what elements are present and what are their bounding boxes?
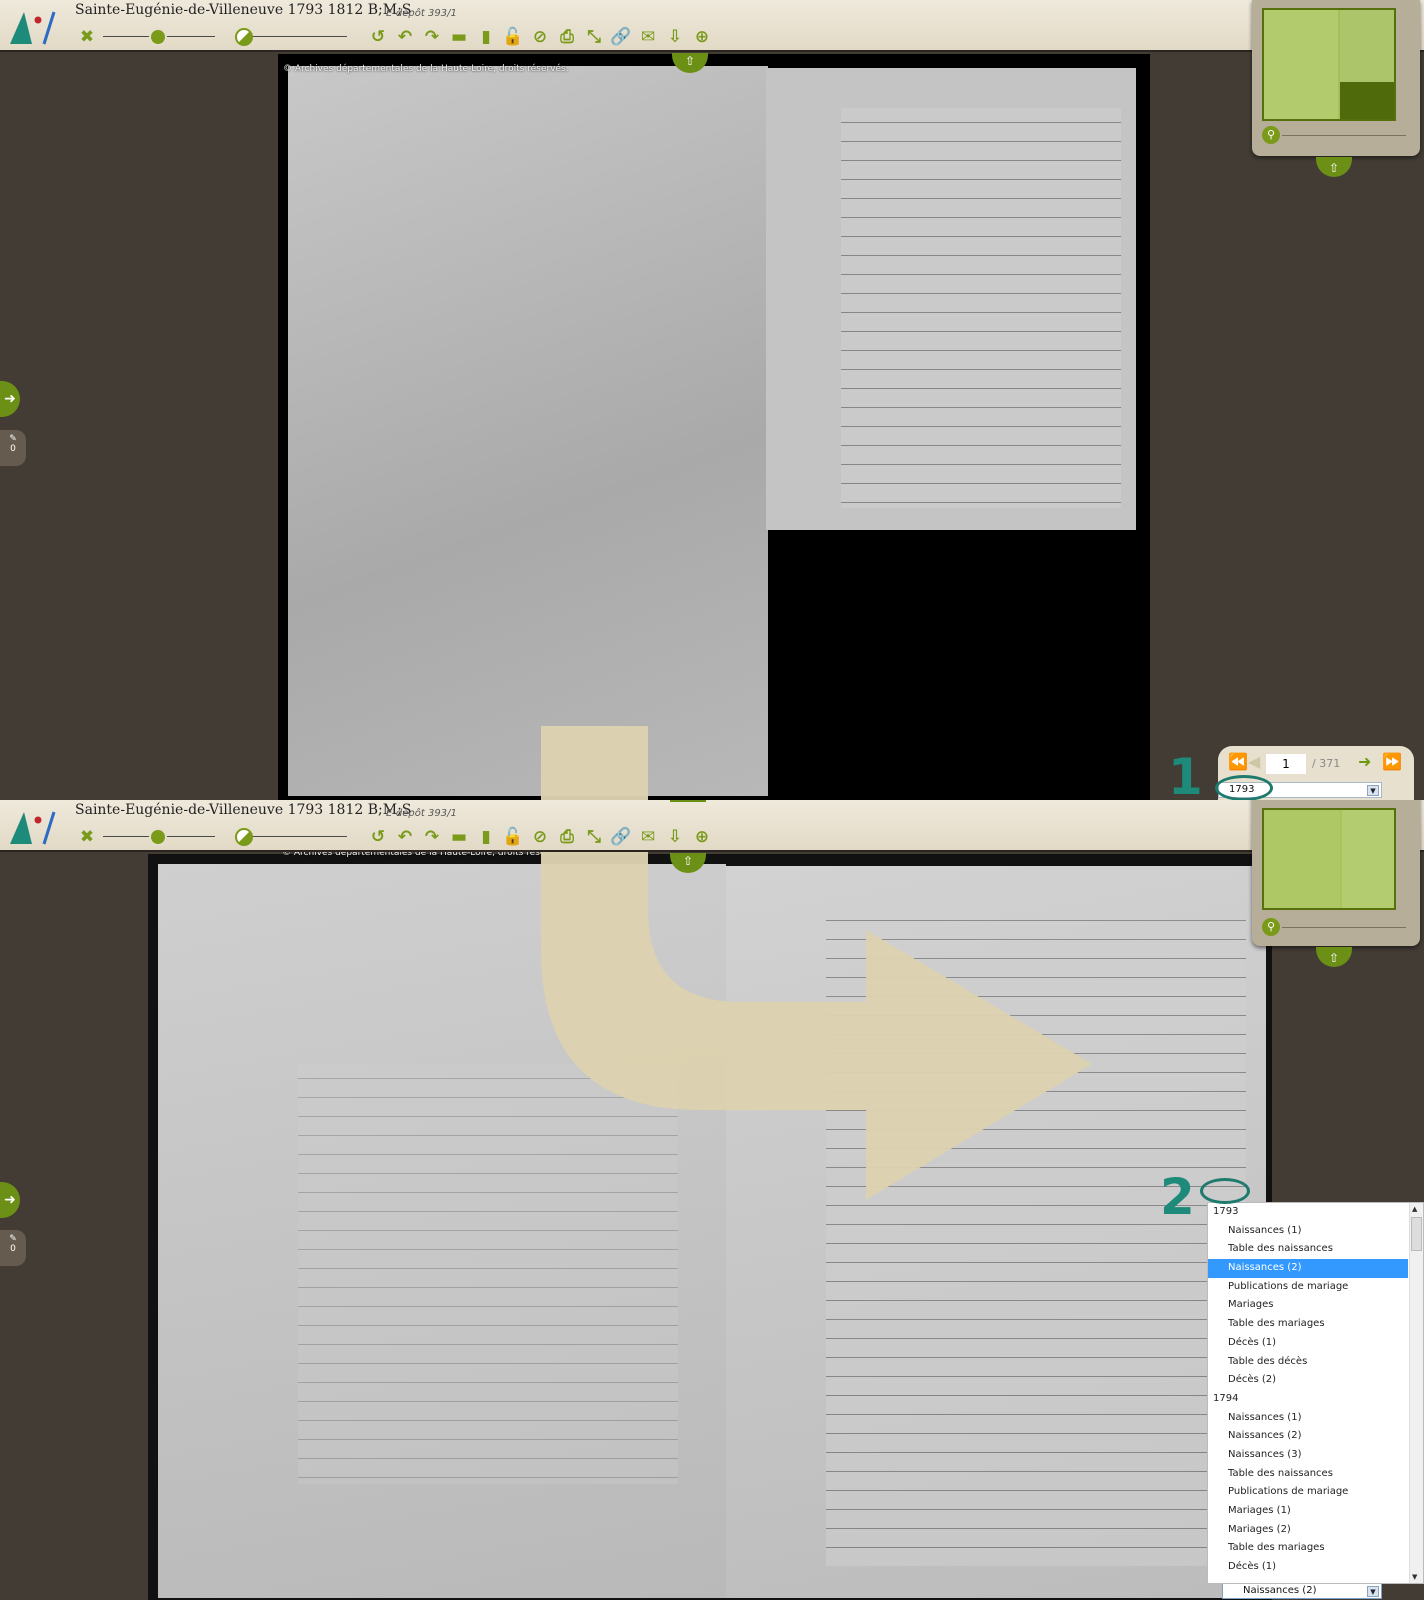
page-number-input[interactable] [1266,754,1306,774]
no-entry-icon[interactable]: ⊘ [529,826,551,848]
zoom-control: ⚲ [1262,918,1406,936]
dropdown-group-year: 1794 [1208,1390,1408,1409]
page-right [766,68,1136,530]
dropdown-option[interactable]: Mariages [1208,1296,1408,1315]
handwritten-text [826,906,1246,1566]
scroll-down-icon[interactable]: ▼ [1412,1573,1417,1581]
brightness-knob[interactable] [149,28,167,46]
close-icon[interactable]: ✖ [76,826,98,848]
fit-height-icon[interactable]: ▮ [475,826,497,848]
link-icon[interactable]: 🔗 [610,26,632,48]
dropdown-option[interactable]: Table des mariages [1208,1315,1408,1334]
viewer-toolbar: Sainte-Eugénie-de-Villeneuve 1793 1812 B… [0,0,1424,52]
highlight-oval-2 [1200,1178,1250,1204]
brightness-slider[interactable] [103,826,215,848]
brightness-slider[interactable] [103,26,215,48]
basket-add-icon[interactable]: ⊕ [691,826,713,848]
pencil-icon: ✎ [0,434,26,444]
viewer-state-before: Sainte-Eugénie-de-Villeneuve 1793 1812 B… [0,0,1424,800]
contrast-slider[interactable] [235,26,347,48]
toolbar-expand-handle[interactable]: ⇧ [670,800,706,802]
pencil-icon: ✎ [0,1234,26,1244]
mail-icon[interactable]: ✉ [637,826,659,848]
reset-icon[interactable]: ↺ [367,826,389,848]
unlock-icon[interactable]: 🔓 [502,826,524,848]
dropdown-option[interactable]: Table des décès [1208,1353,1408,1372]
navigator-thumbnail[interactable] [1262,8,1396,121]
annotations-button[interactable]: ✎ 0 [0,1230,26,1266]
dropdown-option[interactable]: Naissances (2) [1208,1427,1408,1446]
contrast-knob[interactable] [235,28,253,46]
step-number-2: 2 [1160,1168,1195,1226]
document-image[interactable] [278,54,1150,800]
unlock-icon[interactable]: 🔓 [502,26,524,48]
dropdown-group-year: 1793 [1208,1203,1408,1222]
brightness-knob[interactable] [149,828,167,846]
dropdown-items: 1793Naissances (1)Table des naissancesNa… [1208,1203,1423,1577]
rotate-left-icon[interactable]: ↶ [394,826,416,848]
zoom-control: ⚲ [1262,126,1406,144]
fullscreen-icon[interactable]: ⤡ [583,826,605,848]
zoom-icon[interactable]: ⚲ [1262,918,1280,936]
print-icon[interactable]: ⎙ [556,826,578,848]
close-icon[interactable]: ✖ [76,26,98,48]
toolbar-tools: ✖ ↺ ↶ ↷ ▬ ▮ 🔓 ⊘ ⎙ ⤡ 🔗 ✉ ⇩ ⊕ [76,826,718,848]
dropdown-option[interactable]: Naissances (1) [1208,1409,1408,1428]
print-icon[interactable]: ⎙ [556,26,578,48]
page-left-printed [158,864,726,1598]
fullscreen-icon[interactable]: ⤡ [583,26,605,48]
dropdown-option[interactable]: Mariages (1) [1208,1502,1408,1521]
open-sidebar-button[interactable]: ➜ [0,1182,20,1218]
document-image[interactable] [148,854,1272,1600]
basket-add-icon[interactable]: ⊕ [691,26,713,48]
reset-icon[interactable]: ↺ [367,26,389,48]
scrollbar-thumb[interactable] [1411,1217,1422,1251]
download-icon[interactable]: ⇩ [664,826,686,848]
dropdown-option[interactable]: Décès (1) [1208,1334,1408,1353]
navigator-collapse-handle[interactable]: ⇧ [1316,947,1352,967]
annotations-button[interactable]: ✎ 0 [0,430,26,466]
navigator-collapse-handle[interactable]: ⇧ [1316,157,1352,177]
section-dropdown-list[interactable]: 1793Naissances (1)Table des naissancesNa… [1207,1202,1424,1584]
handwritten-text [841,108,1121,508]
zoom-slider[interactable] [1282,135,1406,136]
document-reference: E-dépôt 393/1 [386,8,457,19]
dropdown-option[interactable]: Table des naissances [1208,1465,1408,1484]
open-sidebar-button[interactable]: ➜ [0,381,20,417]
navigator-thumbnail[interactable] [1262,808,1396,910]
dropdown-option[interactable]: Table des naissances [1208,1240,1408,1259]
toolbar-tools: ✖ ↺ ↶ ↷ ▬ ▮ 🔓 ⊘ ⎙ ⤡ 🔗 ✉ ⇩ ⊕ [76,26,718,48]
chevron-down-icon[interactable]: ▼ [1367,785,1379,796]
rotate-right-icon[interactable]: ↷ [421,826,443,848]
navigator-panel: ⚲ [1252,0,1420,156]
highlight-oval-1 [1215,775,1273,800]
document-reference: E-dépôt 393/1 [386,808,457,819]
rotate-left-icon[interactable]: ↶ [394,26,416,48]
dropdown-option[interactable]: Table des mariages [1208,1539,1408,1558]
page-left [288,66,768,796]
page-total: / 371 [1312,757,1340,770]
contrast-slider[interactable] [235,826,347,848]
dropdown-option[interactable]: Naissances (1) [1208,1222,1408,1241]
download-icon[interactable]: ⇩ [664,26,686,48]
dropdown-option[interactable]: Publications de mariage [1208,1483,1408,1502]
contrast-knob[interactable] [235,828,253,846]
dropdown-option[interactable]: Publications de mariage [1208,1278,1408,1297]
chevron-down-icon[interactable]: ▼ [1367,1586,1379,1597]
dropdown-scrollbar[interactable]: ▲ ▼ [1409,1203,1423,1583]
section-select[interactable]: Naissances (2) ▼ [1222,1583,1382,1599]
dropdown-option[interactable]: Décès (1) [1208,1558,1408,1577]
archives-logo-icon [8,8,56,46]
dropdown-option[interactable]: Décès (2) [1208,1371,1408,1390]
link-icon[interactable]: 🔗 [610,826,632,848]
section-select-value: Naissances (2) [1243,1585,1316,1596]
document-title: Sainte-Eugénie-de-Villeneuve 1793 1812 B… [75,802,411,818]
step-number-1: 1 [1168,748,1203,800]
dropdown-option[interactable]: Mariages (2) [1208,1521,1408,1540]
next-page-icon[interactable]: ➜ [1358,752,1371,771]
fit-height-icon[interactable]: ▮ [475,26,497,48]
last-page-icon[interactable]: ⏩ [1382,752,1402,771]
navigator-panel: ⚲ [1252,800,1420,946]
printed-text [298,1064,678,1484]
rotate-right-icon[interactable]: ↷ [421,26,443,48]
viewer-toolbar: Sainte-Eugénie-de-Villeneuve 1793 1812 B… [0,800,1424,852]
fit-width-icon[interactable]: ▬ [448,826,470,848]
zoom-slider[interactable] [1282,927,1406,928]
scroll-up-icon[interactable]: ▲ [1412,1205,1417,1213]
zoom-icon[interactable]: ⚲ [1262,126,1280,144]
first-page-icon[interactable]: ⏪ [1228,752,1248,771]
dropdown-option[interactable]: Naissances (3) [1208,1446,1408,1465]
mail-icon[interactable]: ✉ [637,26,659,48]
annotation-count: 0 [0,1244,26,1254]
fit-width-icon[interactable]: ▬ [448,26,470,48]
annotation-count: 0 [0,444,26,454]
dropdown-option[interactable]: Naissances (2) [1208,1259,1408,1278]
no-entry-icon[interactable]: ⊘ [529,26,551,48]
copyright-notice: © Archives départementales de la Haute-L… [283,64,569,74]
archives-logo-icon [8,808,56,846]
previous-page-icon[interactable]: ◀ [1248,752,1260,771]
page-right-handwritten [726,866,1266,1598]
document-title: Sainte-Eugénie-de-Villeneuve 1793 1812 B… [75,2,411,18]
